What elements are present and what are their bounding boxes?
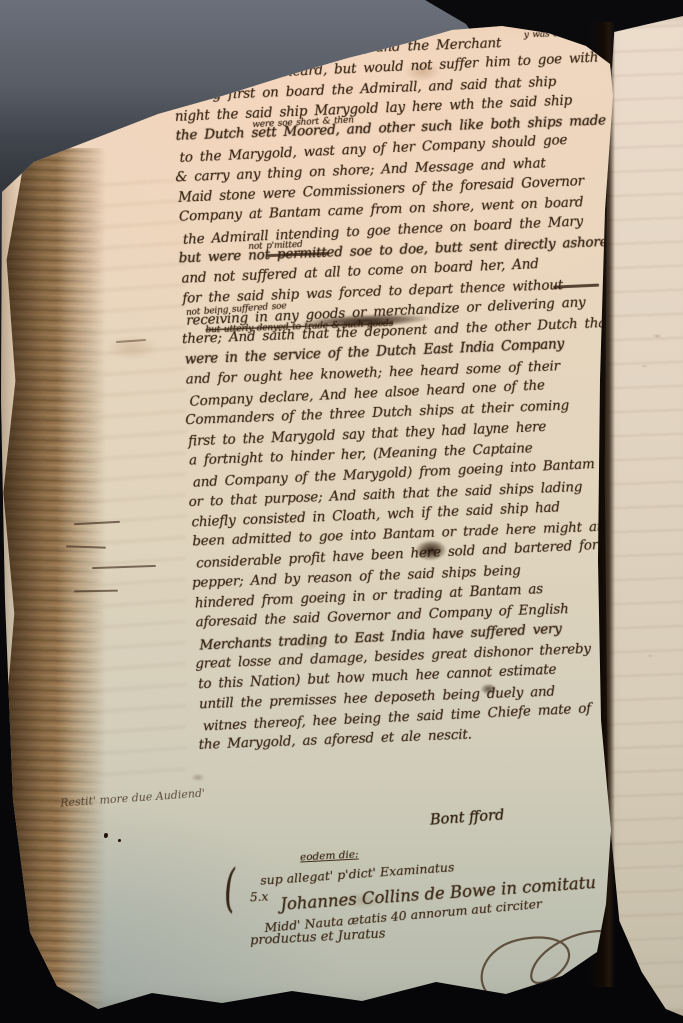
ink-blot [480,683,496,695]
ink-dot [118,839,121,842]
endorsement-bracket: ( [223,859,237,920]
latin-endorsement-examined: sup allegat' p'dict' Examinatus [260,859,455,888]
manuscript-page: another English Chyrurgion, and the Merc… [0,0,660,1023]
deposition-text: another English Chyrurgion, and the Merc… [172,28,641,756]
ink-blot [414,539,447,561]
deponent-signature: Bont fford [430,807,505,828]
ink-showthrough [26,180,186,780]
endorsement-marker: 5.x [250,890,269,905]
latin-endorsement-date: eodem die: [300,848,359,863]
manuscript-photo: another English Chyrurgion, and the Merc… [0,0,683,1023]
